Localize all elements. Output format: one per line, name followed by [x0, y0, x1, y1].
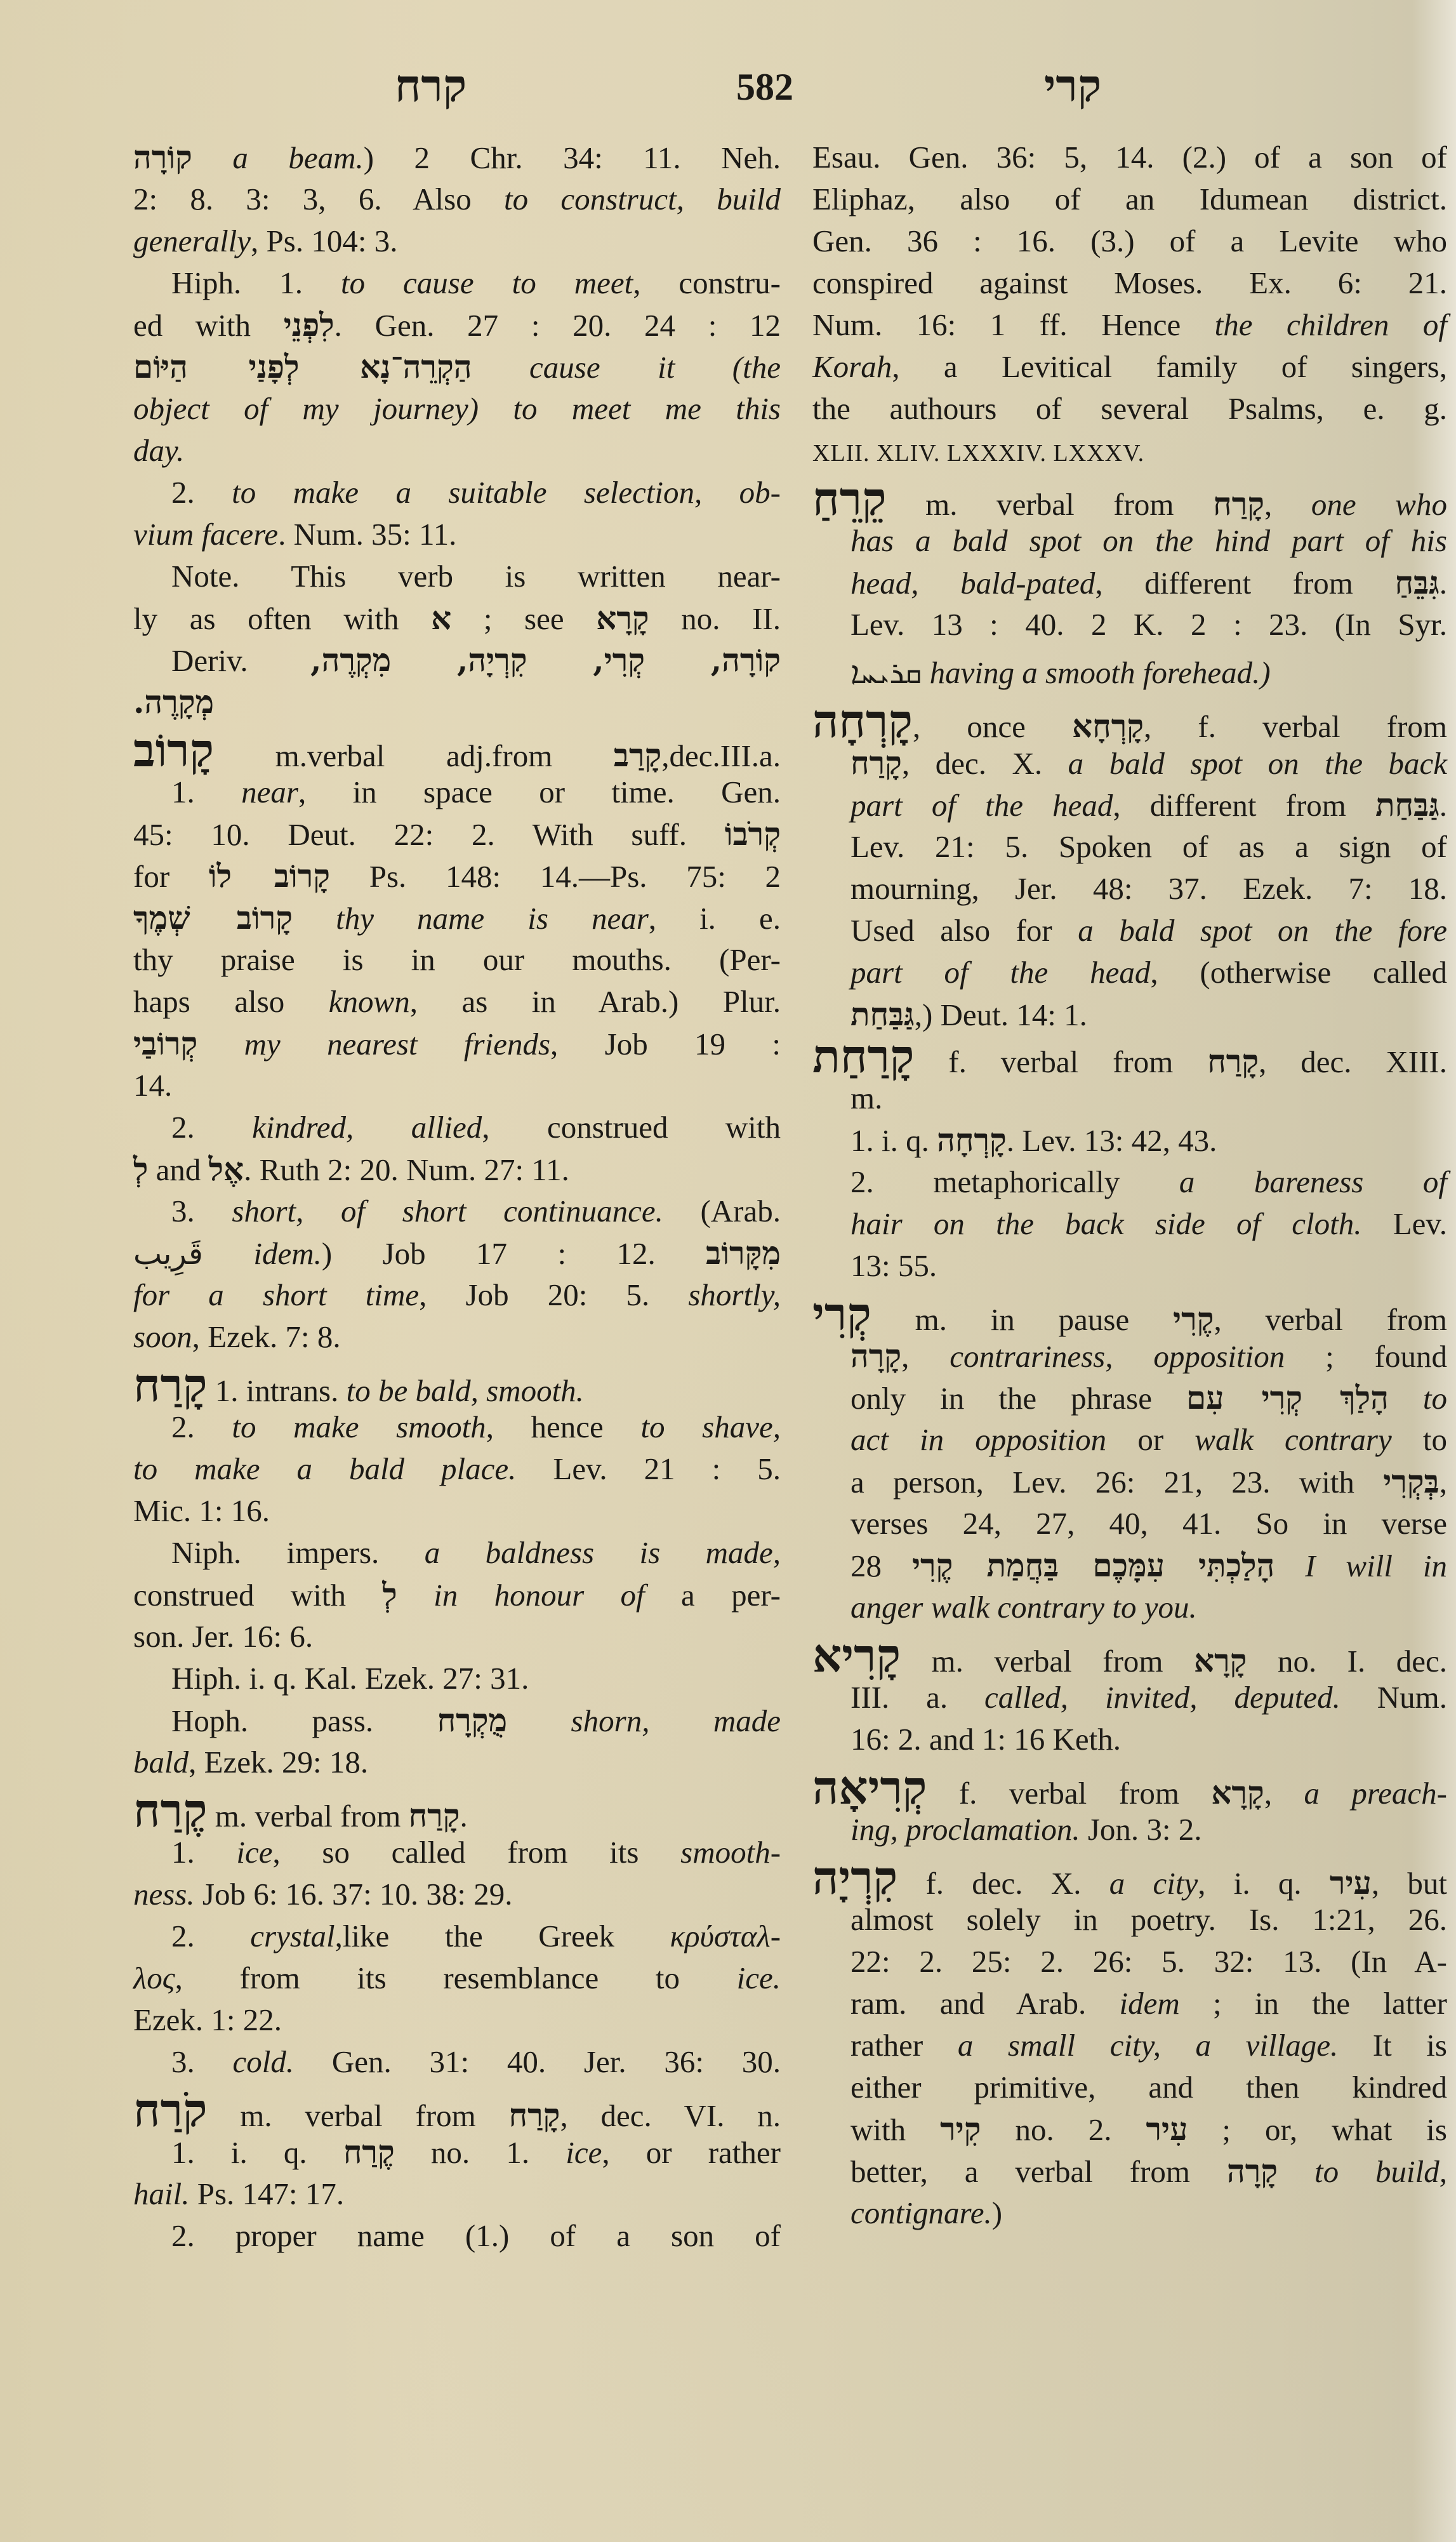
italic-run: having a smooth forehead.): [922, 655, 1270, 690]
text-line: rather a small city, a village. It is: [812, 2025, 1447, 2066]
text-run: construed with: [133, 1578, 382, 1613]
text-run: Lev. 21: 5. Spoken of as a sign of: [850, 829, 1447, 864]
roman-numerals: XLII. XLIV. LXXXIV. LXXXV.: [812, 440, 1144, 467]
text-line: construed with לְ in honour of a per-: [133, 1574, 781, 1616]
text-run: .: [1439, 566, 1447, 601]
text-run: Note. This verb is written near-: [171, 559, 781, 594]
italic-run: idem.: [203, 1236, 322, 1271]
text-run: haps also: [133, 984, 329, 1019]
italic-run: to cause to meet: [341, 265, 633, 300]
text-line: λος, from its resemblance to ice.: [133, 1957, 781, 1999]
text-line: 2. to make smooth, hence to shave,: [133, 1406, 781, 1448]
text-run: ,: [1439, 1465, 1447, 1500]
text-run: , Job 20: 5.: [419, 1277, 688, 1312]
text-run: Lev. 21 : 5.: [516, 1451, 781, 1486]
italic-run: ice: [566, 2135, 602, 2170]
hebrew-word: הָלַךְ קְרִי עִם: [1186, 1379, 1389, 1416]
text-run: 28: [850, 1548, 912, 1583]
hebrew-word: עִיר: [1330, 1864, 1372, 1901]
italic-run: called, invited, deputed.: [984, 1680, 1340, 1715]
text-line: Note. This verb is written near-: [133, 556, 781, 597]
text-run: thy praise is in our mouths. (Per-: [133, 942, 781, 977]
text-line: 28 הָלַכְתִּי עִמָּכֶם בַּחֲמַת קֶרִי I …: [812, 1545, 1447, 1587]
text-run: Ezek. 1: 22.: [133, 2002, 282, 2037]
text-run: 3.: [171, 1194, 232, 1228]
text-run: . Lev. 13: 42, 43.: [1007, 1123, 1217, 1158]
italic-run: idem: [1119, 1986, 1179, 2021]
text-line: 2: 8. 3: 3, 6. Also to construct, build: [133, 178, 781, 220]
text-run: 1. i. q.: [850, 1123, 937, 1158]
text-line: 2. metaphorically a bareness of: [812, 1161, 1447, 1203]
hebrew-word: קָרָה: [1227, 2152, 1278, 2190]
text-line: hail. Ps. 147: 17.: [133, 2173, 781, 2215]
text-line: Niph. impers. a baldness is made,: [133, 1532, 781, 1574]
italic-run: κρύσταλ-: [670, 1919, 781, 1953]
hebrew-word: לִפְנֵי: [284, 306, 334, 343]
text-run: , Ps. 104: 3.: [251, 223, 397, 258]
text-run: Esau. Gen. 36: 5, 14. (2.) of a son of: [812, 140, 1447, 175]
italic-run: shortly,: [688, 1277, 781, 1312]
italic-run: crystal: [250, 1919, 334, 1953]
page-header: קרח 582 קרי: [0, 52, 1456, 122]
text-line: הַקְרֵה־נָא לְפָנַי הַיּוֹם cause it (th…: [133, 346, 781, 388]
text-run: , (otherwise called: [1150, 955, 1447, 990]
text-run: 2.: [171, 1409, 232, 1444]
hebrew-word: קָרָא: [596, 599, 649, 637]
text-run: ; or, what is: [1188, 2112, 1447, 2147]
text-run: Num. 16: 1 ff. Hence: [812, 307, 1215, 342]
italic-run: a beam.: [192, 140, 364, 175]
text-line: day.: [133, 430, 781, 472]
text-line: ram. and Arab. idem ; in the latter: [812, 1983, 1447, 2025]
text-line: 45: 10. Deut. 22: 2. With suff. קְרֹבוֹ: [133, 813, 781, 855]
text-run: , dec. VI. n.: [560, 2098, 781, 2133]
headword: קֵרֵחַ: [812, 472, 887, 526]
text-line: 3. cold. Gen. 31: 40. Jer. 36: 30.: [133, 2041, 781, 2083]
text-line: 1. near, in space or time. Gen.: [133, 771, 781, 813]
text-run: ; in the latter: [1180, 1986, 1447, 2021]
text-run: , different from: [1113, 788, 1375, 823]
text-run: , verbal from: [1214, 1302, 1447, 1337]
text-line: קָרוֹב שְׁמֶךָ thy name is near, i. e.: [133, 897, 781, 939]
text-run: or: [1106, 1422, 1195, 1457]
text-line: almost solely in poetry. Is. 1:21, 26.: [812, 1899, 1447, 1941]
hebrew-word: קָרְחָא: [1072, 707, 1144, 745]
hebrew-word: גִּבֵּחַ: [1395, 564, 1439, 601]
hebrew-word: קָרָא: [1194, 1642, 1247, 1679]
hebrew-word: מֻקְרָח: [437, 1701, 508, 1739]
text-run: 2: 8. 3: 3, 6. Also: [133, 182, 504, 216]
arabic-word: قَرِيب: [133, 1236, 203, 1272]
text-line: Hiph. 1. to cause to meet, constru-: [133, 262, 781, 304]
text-line: 14.: [133, 1065, 781, 1107]
italic-run: ing, proclamation.: [850, 1812, 1080, 1847]
text-line: haps also known, as in Arab.) Plur.: [133, 981, 781, 1023]
hebrew-word: קָרוֹב לוֹ: [209, 857, 330, 895]
italic-run: ness.: [133, 1877, 195, 1912]
text-run: f. verbal from: [914, 1044, 1207, 1079]
text-line: Lev. 21: 5. Spoken of as a sign of: [812, 826, 1447, 868]
text-line: only in the phrase הָלַךְ קְרִי עִם to: [812, 1377, 1447, 1419]
text-run: f. dec. X.: [897, 1866, 1109, 1901]
text-line: קְרִיאָה f. verbal from קָרָא, a preach-: [812, 1767, 1447, 1809]
text-run: ; found: [1285, 1339, 1447, 1374]
text-line: קֹרַח m. verbal from קָרַח, dec. VI. n.: [133, 2089, 781, 2131]
text-run: .: [1439, 788, 1447, 823]
text-run: f. verbal from: [927, 1776, 1211, 1811]
text-run: no. I. dec.: [1247, 1644, 1447, 1679]
text-line: ing, proclamation. Jon. 3: 2.: [812, 1809, 1447, 1851]
text-line: קִרְיָה f. dec. X. a city, i. q. עִיר, b…: [812, 1857, 1447, 1899]
text-line: Hiph. i. q. Kal. Ezek. 27: 31.: [133, 1658, 781, 1700]
text-run: ) Job 17 : 12.: [322, 1236, 706, 1271]
text-line: son. Jer. 16: 6.: [133, 1616, 781, 1658]
text-line: 2. crystal,like the Greek κρύσταλ-: [133, 1915, 781, 1957]
text-run: . Ruth 2: 20. Num. 27: 11.: [244, 1152, 569, 1187]
text-run: Job 6: 16. 37: 10. 38: 29.: [195, 1877, 513, 1912]
text-run: .: [460, 1799, 467, 1833]
headword: קְרִי: [812, 1287, 871, 1341]
hebrew-word: גַּבַּחַת: [1375, 786, 1439, 823]
text-run: Hoph. pass.: [171, 1703, 437, 1738]
italic-run: ice: [236, 1835, 272, 1870]
headword: קְרִיאָה: [812, 1760, 927, 1814]
text-run: ,: [1264, 1776, 1304, 1811]
text-line: with קִיר no. 2. עִיר ; or, what is: [812, 2108, 1447, 2150]
text-line: act in opposition or walk contrary to: [812, 1419, 1447, 1461]
text-line: קָרוֹב m.verbal adj.from קָרַב,dec.III.a…: [133, 729, 781, 771]
text-run: son. Jer. 16: 6.: [133, 1619, 313, 1654]
text-line: thy praise is in our mouths. (Per-: [133, 939, 781, 981]
text-run: m. verbal from: [901, 1644, 1194, 1679]
text-line: 2. proper name (1.) of a son of: [133, 2215, 781, 2257]
text-line: קֶרַח m. verbal from קָרַח.: [133, 1790, 781, 1832]
italic-run: Korah: [812, 349, 892, 384]
text-run: Mic. 1: 16.: [133, 1493, 270, 1528]
text-line: m.: [812, 1077, 1447, 1119]
italic-run: a bald spot on the fore: [1078, 913, 1447, 948]
text-run: Num.: [1340, 1680, 1447, 1715]
italic-run: act in opposition: [850, 1422, 1106, 1457]
text-line: 1. ice, so called from its smooth-: [133, 1832, 781, 1873]
text-run: 1.: [171, 1835, 236, 1870]
italic-run: hair on the back side of cloth.: [850, 1206, 1362, 1241]
text-run: Eliphaz, also of an Idumean district.: [812, 182, 1447, 216]
italic-run: generally: [133, 223, 251, 258]
arabic-word: ܩܪܝܚܐ: [850, 655, 922, 691]
italic-run: a preach-: [1304, 1776, 1448, 1811]
italic-run: my nearest friends: [197, 1027, 550, 1061]
hebrew-word: א: [431, 599, 451, 637]
text-line: part of the head, different from גַּבַּח…: [812, 784, 1447, 826]
italic-run: smooth-: [680, 1835, 781, 1870]
hebrew-word: קָרוֹב שְׁמֶךָ: [133, 899, 293, 936]
text-run: conspired against Moses. Ex. 6: 21.: [812, 265, 1447, 300]
text-run: 2.: [171, 475, 232, 510]
italic-run: day.: [133, 433, 184, 468]
text-line: XLII. XLIV. LXXXIV. LXXXV.: [812, 430, 1447, 472]
hebrew-word: קָרַב: [614, 736, 661, 774]
headword: קֶרַח: [133, 1783, 208, 1837]
text-line: Korah, a Levitical family of singers,: [812, 346, 1447, 388]
text-line: object of my journey) to meet me this: [133, 388, 781, 430]
headword: קָרַח: [133, 1358, 208, 1412]
text-line: III. a. called, invited, deputed. Num.: [812, 1677, 1447, 1719]
text-line: 1. i. q. קֶרַח no. 1. ice, or rather: [133, 2131, 781, 2173]
italic-run: a baldness is made,: [425, 1535, 781, 1570]
hebrew-word: גַּבַּחַת: [850, 995, 915, 1033]
headword: קִרְיָה: [812, 1851, 897, 1905]
text-line: head, bald-pated, different from גִּבֵּח…: [812, 562, 1447, 604]
text-run: , Ezek. 29: 18.: [189, 1745, 368, 1780]
text-run: , f. verbal from: [1144, 709, 1447, 744]
italic-run: hail.: [133, 2176, 189, 2211]
text-run: Gen. 36 : 16. (3.) of a Levite who: [812, 223, 1447, 258]
text-line: has a bald spot on the hind part of his: [812, 520, 1447, 562]
text-line: for קָרוֹב לוֹ Ps. 148: 14.—Ps. 75: 2: [133, 855, 781, 897]
hebrew-word: קְרוֹבַי: [133, 1025, 197, 1062]
text-run: Ps. 147: 17.: [189, 2176, 344, 2211]
text-run: mourning, Jer. 48: 37. Ezek. 7: 18.: [850, 871, 1447, 906]
text-run: and: [148, 1152, 208, 1187]
hebrew-word: קָרְחָה: [937, 1121, 1007, 1159]
italic-run: cause it (the: [472, 350, 781, 385]
italic-run: a small city, a village.: [958, 2028, 1338, 2063]
running-head-right: קרי: [1044, 52, 1101, 122]
text-run: ed with: [133, 308, 284, 343]
text-run: ,dec.III.a.: [661, 738, 781, 773]
text-line: ܩܪܝܚܐ having a smooth forehead.): [812, 652, 1447, 694]
hebrew-word: קָרַח: [409, 1797, 460, 1834]
hebrew-word: אֶל: [209, 1150, 244, 1188]
text-run: Gen. 31: 40. Jer. 36: 30.: [294, 2044, 781, 2079]
italic-run: shorn, made: [507, 1703, 781, 1738]
text-line: קְרוֹבַי my nearest friends, Job 19 :: [133, 1023, 781, 1065]
italic-run: to be bald, smooth.: [347, 1373, 584, 1408]
italic-run: to shave,: [640, 1409, 781, 1444]
text-run: 2. proper name (1.) of a son of: [171, 2218, 781, 2253]
text-run: 2.: [171, 1919, 250, 1953]
italic-run: near: [241, 775, 298, 809]
text-line: vium facere. Num. 35: 11.: [133, 514, 781, 556]
text-run: 16: 2. and 1: 16 Keth.: [850, 1722, 1121, 1757]
hebrew-word: קוֹרָה: [133, 138, 192, 176]
hebrew-word: קוֹרָה, קְרִי, קִרְיָה, מִקְרֶה,: [310, 641, 781, 679]
headword: קָרְחָה: [812, 694, 913, 748]
italic-run: cold.: [233, 2044, 295, 2079]
text-run: . Num. 35: 11.: [278, 517, 456, 552]
italic-run: soon: [133, 1319, 192, 1354]
text-run: 1.: [171, 775, 241, 809]
hebrew-word: בְּקְרִי: [1383, 1463, 1439, 1500]
text-run: to: [1392, 1422, 1447, 1457]
hebrew-word: קָרַח: [509, 2096, 560, 2134]
italic-run: λος: [133, 1960, 175, 1995]
text-line: ed with לִפְנֵי. Gen. 27 : 20. 24 : 12: [133, 304, 781, 346]
text-run: , a Levitical family of singers,: [892, 349, 1447, 384]
text-line: קָרַח 1. intrans. to be bald, smooth.: [133, 1364, 781, 1406]
text-run: no. II.: [649, 601, 781, 636]
text-run: Niph. impers.: [171, 1535, 425, 1570]
italic-run: bald: [133, 1745, 189, 1780]
italic-run: vium facere: [133, 517, 278, 552]
right-column: Esau. Gen. 36: 5, 14. (2.) of a son ofEl…: [812, 136, 1447, 2234]
headword: קֹרַח: [133, 2083, 208, 2137]
text-run: ) 2 Chr. 34: 11. Neh.: [364, 140, 781, 175]
text-run: Lev.: [1362, 1206, 1447, 1241]
text-run: m. verbal from: [208, 1799, 409, 1833]
text-run: , Job 19 :: [550, 1027, 781, 1061]
text-run: Hiph. i. q. Kal. Ezek. 27: 31.: [171, 1661, 529, 1696]
text-run: 3.: [171, 2044, 233, 2079]
text-run: , but: [1372, 1866, 1447, 1901]
italic-run: to build,: [1278, 2154, 1447, 2189]
text-run: m. verbal from: [887, 487, 1214, 522]
hebrew-word: מִקָּרוֹב: [706, 1234, 781, 1272]
text-run: 22: 2. 25: 2. 26: 5. 32: 13. (In A-: [850, 1944, 1447, 1979]
italic-run: to make a suitable selection, ob-: [232, 475, 781, 510]
text-line: ly as often with א ; see קָרָא no. II.: [133, 597, 781, 639]
text-run: , i. q.: [1198, 1866, 1330, 1901]
text-run: (Arab.: [663, 1194, 781, 1228]
text-line: either primitive, and then kindred: [812, 2066, 1447, 2108]
italic-run: in honour of: [397, 1578, 645, 1613]
text-line: קָרְחָה, once קָרְחָא, f. verbal from: [812, 700, 1447, 742]
text-run: Deriv.: [171, 643, 310, 678]
text-line: bald, Ezek. 29: 18.: [133, 1741, 781, 1783]
page-number: 582: [736, 52, 793, 122]
text-line: anger walk contrary to you.: [812, 1587, 1447, 1628]
italic-run: a bald spot on the back: [1068, 746, 1447, 781]
text-run: Used also for: [850, 913, 1078, 948]
text-run: , i. e.: [649, 901, 781, 936]
text-run: a person, Lev. 26: 21, 23. with: [850, 1465, 1383, 1500]
text-run: Jon. 3: 2.: [1080, 1812, 1202, 1847]
text-run: m. verbal from: [208, 2098, 509, 2133]
text-run: , so called from its: [273, 1835, 681, 1870]
text-run: 13: 55.: [850, 1248, 937, 1283]
text-line: the authours of several Psalms, e. g.: [812, 388, 1447, 430]
text-line: קָרִיא m. verbal from קָרָא no. I. dec.: [812, 1635, 1447, 1677]
text-run: rather: [850, 2028, 958, 2063]
text-line: Ezek. 1: 22.: [133, 1999, 781, 2041]
text-run: , hence: [486, 1409, 641, 1444]
text-run: with: [850, 2112, 940, 2147]
hebrew-word: לְ: [382, 1576, 397, 1613]
text-line: a person, Lev. 26: 21, 23. with בְּקְרִי…: [812, 1461, 1447, 1503]
running-head-left: קרח: [395, 52, 467, 122]
hebrew-word: קָרַח: [850, 744, 902, 782]
text-run: 2.: [171, 1110, 252, 1145]
hebrew-word: מְקָרֶה.: [133, 683, 214, 721]
text-line: contignare.): [812, 2192, 1447, 2234]
italic-run: ice.: [737, 1960, 781, 1995]
text-line: hair on the back side of cloth. Lev.: [812, 1203, 1447, 1245]
text-run: a per-: [645, 1578, 781, 1613]
italic-run: contrariness, opposition: [950, 1339, 1285, 1374]
text-run: m.: [850, 1081, 882, 1115]
text-run: 1. i. q.: [171, 2135, 343, 2170]
text-line: Esau. Gen. 36: 5, 14. (2.) of a son of: [812, 136, 1447, 178]
italic-run: known: [329, 984, 410, 1019]
text-run: ,: [901, 1339, 950, 1374]
italic-run: a bareness of: [1179, 1164, 1447, 1199]
text-line: קָרַחַת f. verbal from קָרַח, dec. XIII.: [812, 1035, 1447, 1077]
text-run: ly as often with: [133, 601, 431, 636]
text-line: Num. 16: 1 ff. Hence the children of: [812, 304, 1447, 346]
text-line: 22: 2. 25: 2. 26: 5. 32: 13. (In A-: [812, 1941, 1447, 1983]
text-line: generally, Ps. 104: 3.: [133, 220, 781, 262]
text-run: , or rather: [602, 2135, 781, 2170]
text-run: Lev. 13 : 40. 2 K. 2 : 23. (In Syr.: [850, 607, 1447, 642]
text-run: ; see: [451, 601, 596, 636]
text-run: the authours of several Psalms, e. g.: [812, 391, 1447, 426]
text-run: almost solely in poetry. Is. 1:21, 26.: [850, 1902, 1447, 1937]
text-run: , different from: [1095, 566, 1394, 601]
text-run: 1. intrans.: [208, 1373, 347, 1408]
text-line: mourning, Jer. 48: 37. Ezek. 7: 18.: [812, 868, 1447, 910]
hebrew-word: קְרֹבוֹ: [725, 815, 781, 853]
hebrew-word: קָרַח: [1207, 1042, 1259, 1080]
hebrew-word: קִיר: [940, 2110, 981, 2148]
text-run: better, a verbal from: [850, 2154, 1227, 2189]
italic-run: for a short time: [133, 1277, 419, 1312]
italic-run: has a bald spot on the hind part of his: [850, 523, 1447, 558]
text-run: 45: 10. Deut. 22: 2. With suff.: [133, 817, 725, 852]
text-run: It is: [1338, 2028, 1447, 2063]
text-run: no. 2.: [981, 2112, 1146, 2147]
hebrew-word: קָרַח: [1213, 485, 1264, 522]
text-line: מְקָרֶה.: [133, 681, 781, 723]
text-run: , construed with: [482, 1110, 781, 1145]
headword: קָרוֹב: [133, 723, 214, 777]
text-run: . Gen. 27 : 20. 24 : 12: [334, 308, 781, 343]
text-run: Ps. 148: 14.—Ps. 75: 2: [330, 859, 781, 894]
text-run: 14.: [133, 1068, 172, 1103]
text-line: קָרָה, contrariness, opposition ; found: [812, 1335, 1447, 1377]
text-run: ): [992, 2195, 1002, 2230]
text-line: לְ and אֶל. Ruth 2: 20. Num. 27: 11.: [133, 1148, 781, 1190]
italic-run: object of my journey) to meet me this: [133, 391, 781, 426]
text-line: 2. kindred, allied, construed with: [133, 1107, 781, 1148]
hebrew-word: קֶרַח: [343, 2133, 395, 2171]
italic-run: kindred, allied: [252, 1110, 482, 1145]
italic-run: a city: [1109, 1866, 1198, 1901]
hebrew-word: הָלַכְתִּי עִמָּכֶם בַּחֲמַת קֶרִי: [912, 1547, 1274, 1584]
text-line: 13: 55.: [812, 1245, 1447, 1287]
text-line: קוֹרָה a beam.) 2 Chr. 34: 11. Neh.: [133, 136, 781, 178]
text-run: , dec. X.: [902, 746, 1068, 781]
text-line: Gen. 36 : 16. (3.) of a Levite who: [812, 220, 1447, 262]
italic-run: anger walk contrary to you.: [850, 1590, 1197, 1625]
text-line: 1. i. q. קָרְחָה. Lev. 13: 42, 43.: [812, 1119, 1447, 1161]
text-line: part of the head, (otherwise called: [812, 952, 1447, 994]
headword: קָרִיא: [812, 1628, 901, 1682]
text-line: Lev. 13 : 40. 2 K. 2 : 23. (In Syr.: [812, 604, 1447, 646]
italic-run: the children of: [1215, 307, 1447, 342]
text-line: to make a bald place. Lev. 21 : 5.: [133, 1448, 781, 1490]
hebrew-word: קָרָא: [1211, 1774, 1264, 1811]
hebrew-word: עִיר: [1146, 2110, 1188, 2148]
headword: קָרַחַת: [812, 1029, 914, 1083]
italic-run: to: [1389, 1381, 1447, 1416]
left-column: קוֹרָה a beam.) 2 Chr. 34: 11. Neh.2: 8.…: [133, 136, 781, 2257]
hebrew-word: לְ: [133, 1150, 148, 1188]
text-run: , in space or time. Gen.: [298, 775, 781, 809]
text-line: Mic. 1: 16.: [133, 1490, 781, 1532]
text-run: ,: [1264, 487, 1311, 522]
italic-run: to construct, build: [504, 182, 781, 216]
